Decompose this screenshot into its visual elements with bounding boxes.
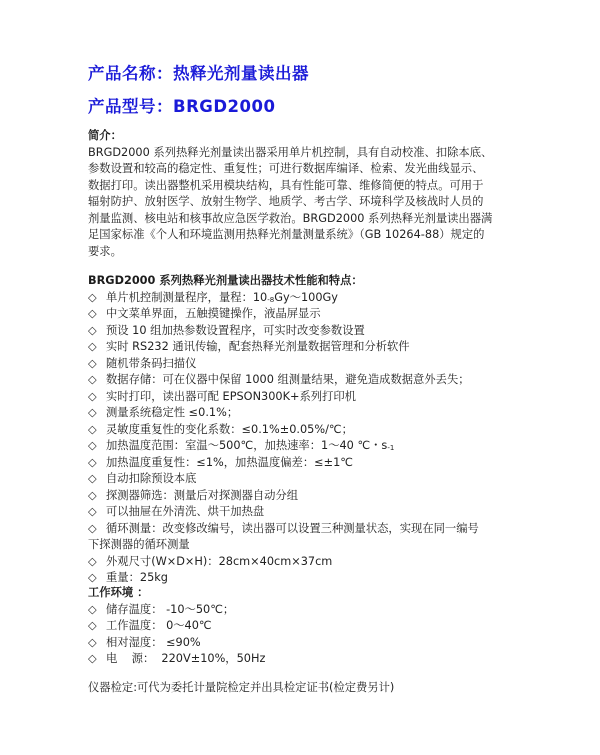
environment-heading: 工作环境 ： [88,585,528,602]
diamond-bullet-icon: ◇ [88,651,106,668]
feature-item: ◇数据存储：可在仪器中保留 1000 组测量结果，避免造成数据意外丢失； [88,372,528,389]
document-page: 产品名称：热释光剂量读出器 产品型号：BRGD2000 简介： BRGD2000… [0,0,600,755]
feature-item: ◇可以抽屉在外清洗、烘干加热盘 [88,504,528,521]
diamond-bullet-icon: ◇ [88,372,106,389]
intro-section: 简介： BRGD2000 系列热释光剂量读出器采用单片机控制，具有自动校准、扣除… [88,128,528,260]
diamond-bullet-icon: ◇ [88,389,106,406]
features-heading: BRGD2000 系列热释光剂量读出器技术性能和特点： [88,273,528,290]
feature-item: ◇随机带条码扫描仪 [88,356,528,373]
diamond-bullet-icon: ◇ [88,602,106,619]
feature-item: ◇单片机控制测量程序，量程：10-8Gy～100Gy [88,290,528,307]
diamond-bullet-icon: ◇ [88,323,106,340]
feature-item-continuation: 下探测器的循环测量 [88,537,528,554]
intro-line: 数据打印。读出器整机采用模块结构，具有性能可靠、维修简便的特点。可用于 [88,178,528,195]
intro-line: 剂量监测、核电站和核事故应急医学救治。BRGD2000 系列热释光剂量读出器满 [88,211,528,228]
feature-item: ◇实时打印，读出器可配 EPSON300K+系列打印机 [88,389,528,406]
product-model-title: 产品型号：BRGD2000 [88,93,275,117]
features-section: BRGD2000 系列热释光剂量读出器技术性能和特点： ◇单片机控制测量程序，量… [88,273,528,587]
feature-item: ◇预设 10 组加热参数设置程序，可实时改变参数设置 [88,323,528,340]
intro-line: 要求。 [88,244,528,261]
diamond-bullet-icon: ◇ [88,422,106,439]
feature-item: ◇循环测量：改变修改编号，读出器可以设置三种测量状态，实现在同一编号 [88,521,528,538]
diamond-bullet-icon: ◇ [88,635,106,652]
feature-item: ◇灵敏度重复性的变化系数：≤0.1%±0.05%/℃； [88,422,528,439]
intro-line: 足国家标准《个人和环境监测用热释光剂量测量系统》（GB 10264-88）规定的 [88,227,528,244]
calibration-note-text: 仪器检定:可代为委托计量院检定并出具检定证书(检定费另计) [88,680,528,697]
diamond-bullet-icon: ◇ [88,339,106,356]
diamond-bullet-icon: ◇ [88,438,106,455]
intro-line: 辐射防护、放射医学、放射生物学、地质学、考古学、环境科学及核战时人员的 [88,194,528,211]
diamond-bullet-icon: ◇ [88,618,106,635]
environment-item: ◇电 源： 220V±10%，50Hz [88,651,528,668]
feature-item: ◇测量系统稳定性 ≤0.1%； [88,405,528,422]
feature-item: ◇加热温度范围：室温～500℃，加热速率：1～40 ℃・s-1 [88,438,528,455]
diamond-bullet-icon: ◇ [88,306,106,323]
diamond-bullet-icon: ◇ [88,455,106,472]
diamond-bullet-icon: ◇ [88,290,106,307]
diamond-bullet-icon: ◇ [88,405,106,422]
environment-item: ◇工作温度： 0～40℃ [88,618,528,635]
feature-item: ◇自动扣除预设本底 [88,471,528,488]
diamond-bullet-icon: ◇ [88,356,106,373]
feature-item: ◇外观尺寸(W×D×H)：28cm×40cm×37cm [88,554,528,571]
feature-item: ◇中文菜单界面，五触摸键操作，液晶屏显示 [88,306,528,323]
diamond-bullet-icon: ◇ [88,471,106,488]
feature-item: ◇探测器筛选：测量后对探测器自动分组 [88,488,528,505]
environment-item: ◇相对湿度： ≤90% [88,635,528,652]
feature-item: ◇加热温度重复性：≤1%，加热温度偏差：≤±1℃ [88,455,528,472]
product-name-title: 产品名称：热释光剂量读出器 [88,60,309,84]
diamond-bullet-icon: ◇ [88,488,106,505]
diamond-bullet-icon: ◇ [88,504,106,521]
environment-item: ◇储存温度： -10～50℃； [88,602,528,619]
calibration-note: 仪器检定:可代为委托计量院检定并出具检定证书(检定费另计) [88,680,528,697]
intro-heading: 简介： [88,128,528,145]
diamond-bullet-icon: ◇ [88,554,106,571]
feature-item: ◇实时 RS232 通讯传输，配套热释光剂量数据管理和分析软件 [88,339,528,356]
environment-section: 工作环境 ： ◇储存温度： -10～50℃； ◇工作温度： 0～40℃ ◇相对湿… [88,585,528,668]
intro-line: 参数设置和较高的稳定性、重复性；可进行数据库编译、检索、发光曲线显示、 [88,161,528,178]
diamond-bullet-icon: ◇ [88,521,106,538]
intro-line: BRGD2000 系列热释光剂量读出器采用单片机控制，具有自动校准、扣除本底、 [88,145,528,162]
